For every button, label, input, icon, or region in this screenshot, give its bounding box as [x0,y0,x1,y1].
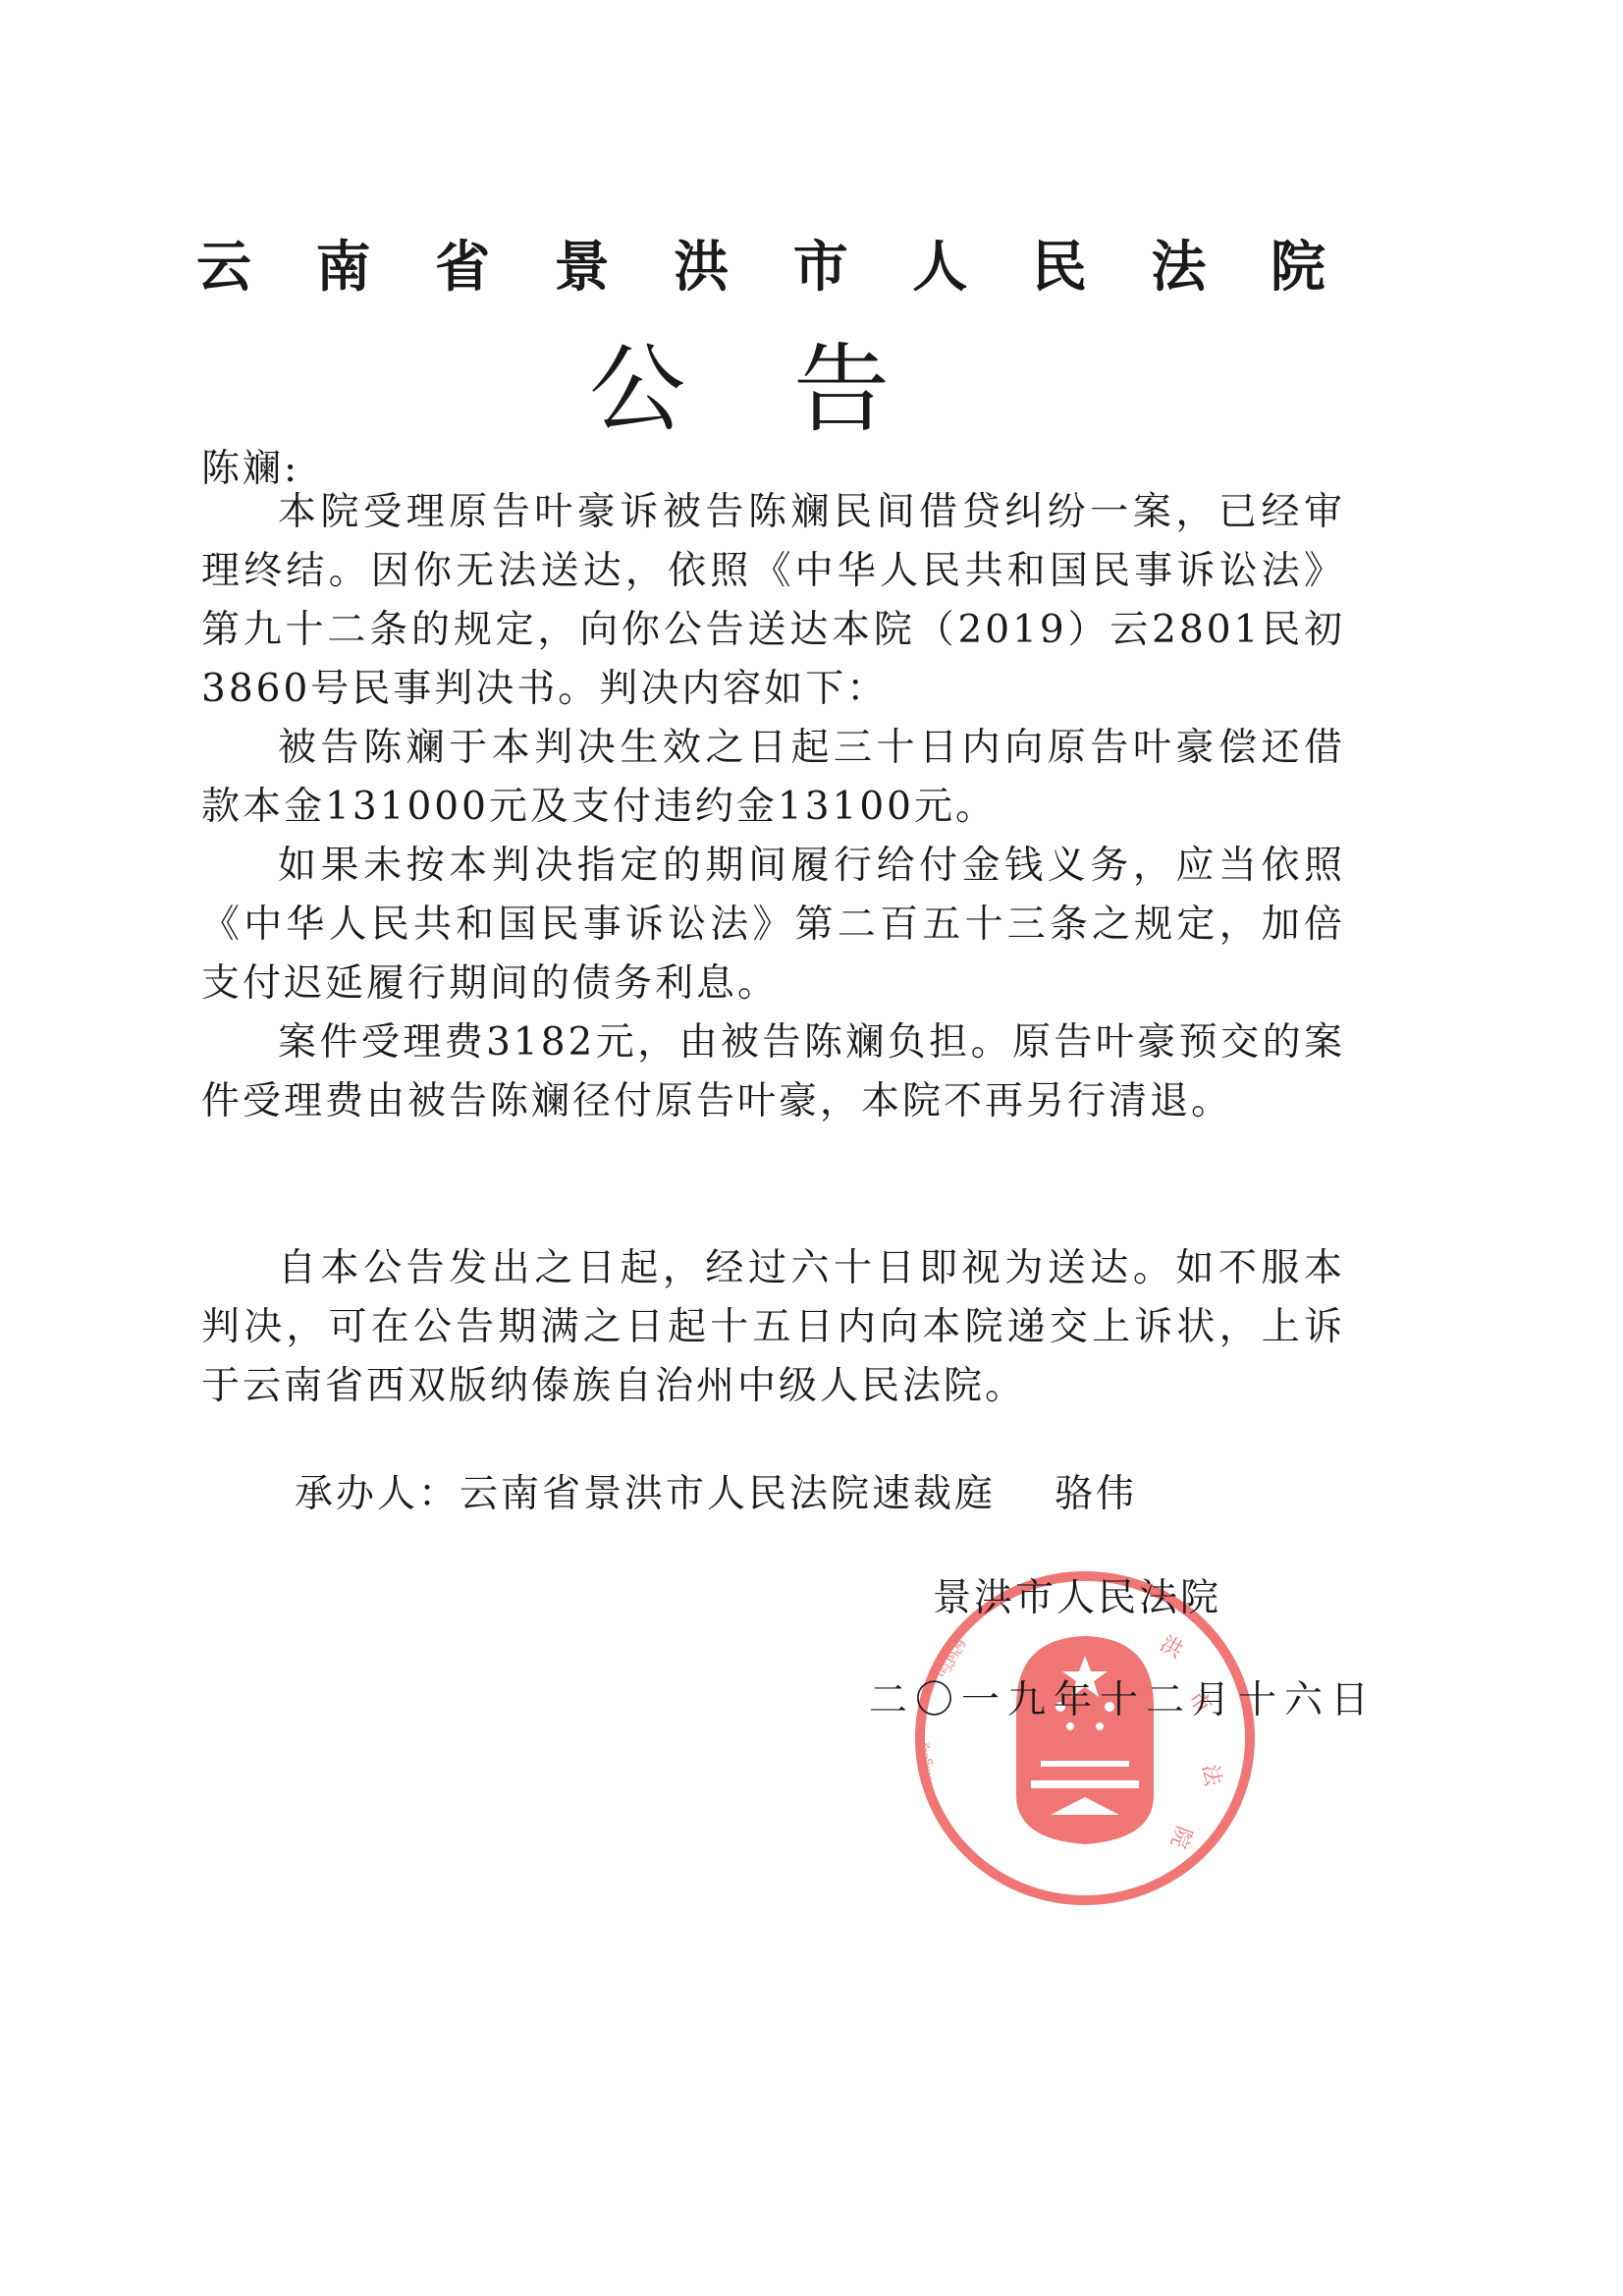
title-char: 告 [793,312,890,451]
heading-char: 洪 [674,224,729,302]
heading-char: 法 [1151,224,1206,302]
heading-char: 省 [435,224,490,302]
title-char: 公 [589,312,685,451]
paragraph-fees: 案件受理费3182元，由被告陈斓负担。原告叶豪预交的案件受理费由被告陈斓径付原告… [201,1013,1345,1131]
handler-name: 骆伟 [1055,1463,1137,1518]
judgment-body: 本院受理原告叶豪诉被告陈斓民间借贷纠纷一案，已经审理终结。因你无法送达，依照《中… [201,483,1345,1131]
notice-title: 公 告 [589,312,890,451]
heading-char: 景 [555,224,610,302]
court-name-heading: 云 南 省 景 洪 市 人 民 法 院 [196,224,1325,302]
paragraph-late-payment: 如果未按本判决指定的期间履行给付金钱义务，应当依照《中华人民共和国民事诉讼法》第… [201,837,1345,1013]
heading-char: 南 [316,224,371,302]
svg-text:院: 院 [1165,1823,1196,1851]
signing-date: 二〇一九年十二月十六日 [869,1669,1377,1724]
handler-label: 承办人：云南省景洪市人民法院速裁庭 [295,1463,996,1518]
paragraph-ruling: 被告陈斓于本判决生效之日起三十日内向原告叶豪偿还借款本金131000元及支付违约… [201,719,1345,837]
svg-text:ᦶᦑᧃᦺᦖ: ᦶᦑᧃᦺᦖ [913,1740,937,1787]
paragraph-intro: 本院受理原告叶豪诉被告陈斓民间借贷纠纷一案，已经审理终结。因你无法送达，依照《中… [201,483,1345,719]
heading-char: 市 [793,224,848,302]
heading-char: 民 [1032,224,1087,302]
svg-text:法: 法 [1197,1763,1225,1789]
heading-char: 院 [1271,224,1325,302]
heading-char: 人 [912,224,967,302]
paragraph-service: 自本公告发出之日起，经过六十日即视为送达。如不服本判决，可在公告期满之日起十五日… [201,1239,1345,1416]
signing-court: 景洪市人民法院 [933,1567,1221,1622]
svg-text:洪: 洪 [1156,1632,1187,1665]
handler-line: 承办人：云南省景洪市人民法院速裁庭 骆伟 [295,1463,1137,1518]
service-notice: 自本公告发出之日起，经过六十日即视为送达。如不服本判决，可在公告期满之日起十五日… [201,1239,1345,1416]
heading-char: 云 [196,224,251,302]
